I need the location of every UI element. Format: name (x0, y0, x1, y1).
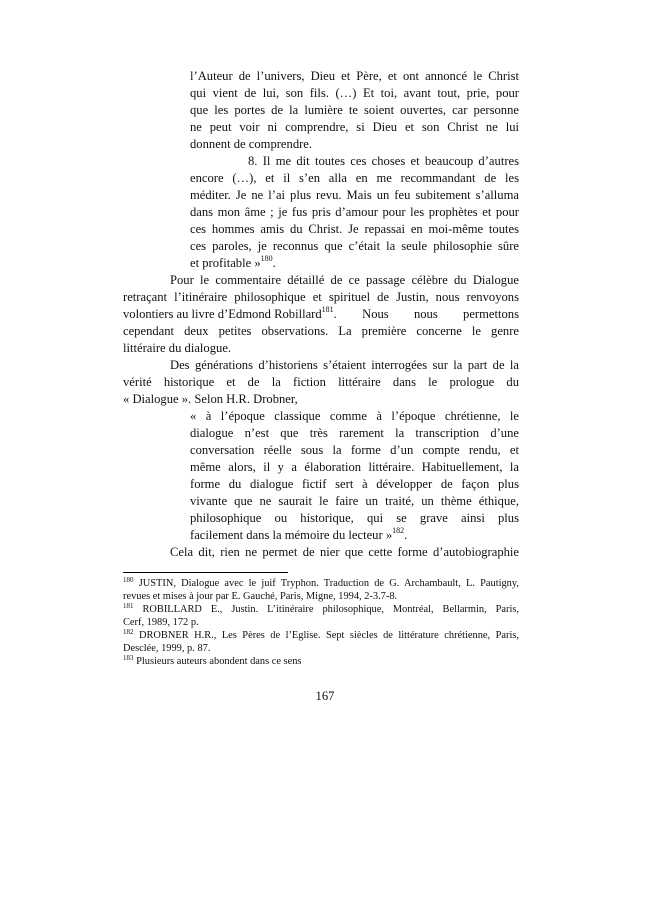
quote-line: « à l’époque classique comme à l’époque … (190, 408, 519, 424)
quote-line: dans mon âme ; je fus pris d’amour pour … (190, 204, 519, 220)
quote-line: méditer. Je ne l’ai plus revu. Mais un f… (190, 187, 519, 203)
quote-line: et profitable »180. (190, 255, 519, 271)
paragraph-line: « Dialogue ». Selon H.R. Drobner, (123, 391, 519, 407)
footnote-180: 180 JUSTIN, Dialogue avec le juif Trypho… (123, 577, 519, 603)
paragraph-line: cependant deux petites observations. La … (123, 323, 519, 339)
quote-line: même alors, il y a élaboration littérair… (190, 459, 519, 475)
quote-line: dialogue n’est que très rarement la tran… (190, 425, 519, 441)
footnote-separator (123, 572, 288, 573)
quote-line: l’Auteur de l’univers, Dieu et Père, et … (190, 68, 519, 84)
quote-line: donnent de comprendre. (190, 136, 519, 152)
quote-line: philosophique ou historique, qui se grav… (190, 510, 519, 526)
quote-line: 8. Il me dit toutes ces choses et beauco… (248, 153, 519, 169)
page-number: 167 (0, 689, 650, 704)
quote-line: forme du dialogue fictif sert à développ… (190, 476, 519, 492)
footnote-183: 183 Plusieurs auteurs abondent dans ce s… (123, 655, 519, 668)
quote-line: qui vient de lui, son fils. (…) Et toi, … (190, 85, 519, 101)
footnote-ref-180[interactable]: 180 (261, 254, 273, 263)
quote-line: facilement dans la mémoire du lecteur »1… (190, 527, 519, 543)
footnote-182: 182 DROBNER H.R., Les Pères de l’Eglise.… (123, 629, 519, 655)
paragraph-line: retraçant l’itinéraire philosophique et … (123, 289, 519, 305)
paragraph-line: littéraire du dialogue. (123, 340, 519, 356)
quote-line: ne peut voir ni comprendre, si Dieu et s… (190, 119, 519, 135)
quote-line: ces hommes amis du Christ. Je repassai e… (190, 221, 519, 237)
footnote-181: 181 ROBILLARD E., Justin. L’itinéraire p… (123, 603, 519, 629)
quote-line: ces paroles, je reconnus que c’était la … (190, 238, 519, 254)
paragraph-line: Des générations d’historiens s’étaient i… (170, 357, 519, 373)
footnote-ref-181[interactable]: 181 (322, 305, 334, 314)
paragraph-line: volontiers au livre d’Edmond Robillard18… (123, 306, 519, 322)
paragraph-line: vérité historique et de la fiction litté… (123, 374, 519, 390)
quote-line: encore (…), et il s’en alla en me recomm… (190, 170, 519, 186)
footnote-ref-182[interactable]: 182 (392, 526, 404, 535)
paragraph-line: Pour le commentaire détaillé de ce passa… (170, 272, 519, 288)
quote-line: conversation réelle sous la forme d’un c… (190, 442, 519, 458)
quote-line: que les portes de la lumière te soient o… (190, 102, 519, 118)
paragraph-line: Cela dit, rien ne permet de nier que cet… (170, 544, 519, 560)
quote-line: vivante que ne saurait le faire un trait… (190, 493, 519, 509)
